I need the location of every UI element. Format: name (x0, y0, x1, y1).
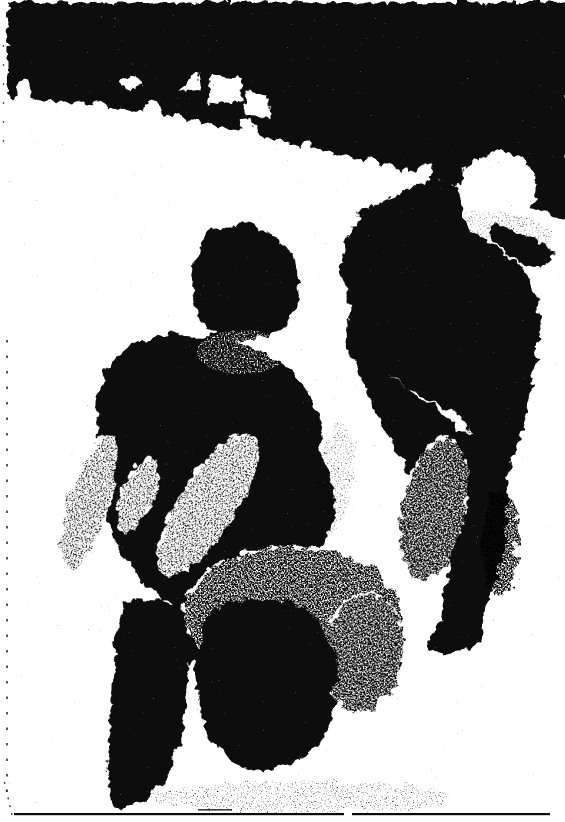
bottom-speckle-band (150, 779, 450, 811)
bottom-rule-right (352, 813, 550, 815)
car-hood-highlight (116, 75, 138, 87)
bottom-rule-tick (198, 809, 232, 811)
snow-post-a (299, 139, 311, 161)
car-pillar-highlight (141, 98, 161, 134)
snow-post-b (384, 160, 396, 182)
halftone-photo (0, 0, 565, 822)
figure-left-collar-texture (197, 330, 287, 374)
car-door-highlight (236, 119, 256, 147)
bottom-rule-left (14, 813, 344, 815)
car-wheel-glint (119, 107, 124, 112)
fence-post (14, 76, 30, 118)
photo-canvas (0, 0, 565, 822)
coat-edge-grain (478, 488, 516, 592)
